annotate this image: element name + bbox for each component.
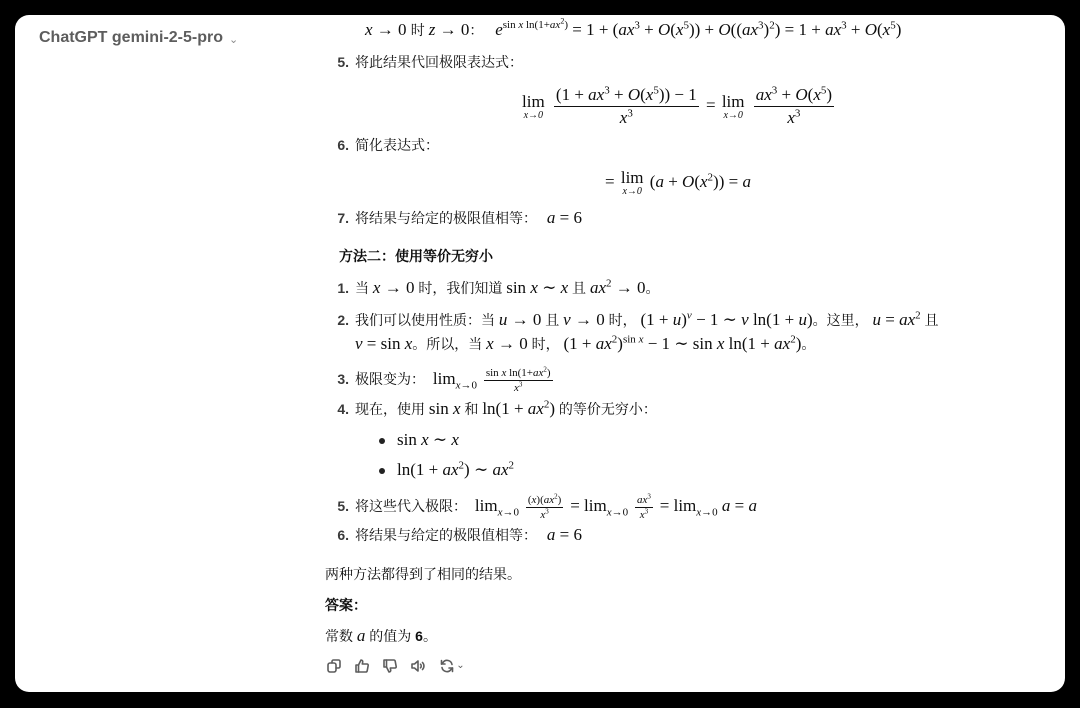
- chat-window: ChatGPT gemini-2-5-pro ⌄ x → 0 时 z → 0： …: [15, 15, 1065, 692]
- answer-label: 答案：: [325, 595, 367, 615]
- m2-step-1: 1.当 x → 0 时，我们知道 sin x ∼ x 且 ax2 → 0。: [325, 278, 659, 298]
- chevron-down-icon: ⌄: [229, 33, 238, 46]
- limit-equation-2: = limx→0 (a + O(x2)) = a: [605, 169, 751, 197]
- expansion-line: x → 0 时 z → 0： esin x ln(1+ax2) = 1 + (a…: [365, 20, 901, 40]
- copy-button[interactable]: [325, 657, 343, 675]
- m2-step-2-cont: v = sin x。所以，当 x → 0 时， (1 + ax2)sin x −…: [355, 334, 815, 354]
- bullet-item: ln(1 + ax2) ∼ ax2: [379, 460, 514, 480]
- model-label: ChatGPT gemini-2-5-pro: [39, 29, 223, 47]
- regenerate-icon: [439, 658, 455, 674]
- read-aloud-button[interactable]: [409, 657, 427, 675]
- chevron-down-icon: ⌄: [456, 656, 464, 676]
- message-actions: ⌄: [325, 657, 467, 675]
- m2-step-5: 5.将这些代入极限： limx→0 (x)(ax2)x3 = limx→0 ax…: [325, 494, 757, 521]
- bullet-icon: [379, 438, 385, 444]
- step-6: 6.简化表达式：: [325, 135, 439, 155]
- answer-text: 常数 a 的值为 6。: [325, 626, 437, 646]
- bullet-item: sin x ∼ x: [379, 430, 459, 450]
- limit-equation-1: limx→0 (1 + ax3 + O(x5)) − 1x3 = limx→0 …: [520, 85, 837, 128]
- m2-step-3: 3.极限变为： limx→0 sin x ln(1+ax2)x3: [325, 367, 556, 394]
- thumbs-up-button[interactable]: [353, 657, 371, 675]
- m2-step-6: 6.将结果与给定的极限值相等： a = 6: [325, 525, 582, 545]
- step-5: 5.将此结果代回极限表达式：: [325, 52, 523, 72]
- speaker-icon: [410, 658, 426, 674]
- method-2-heading: 方法二：使用等价无穷小: [339, 246, 493, 266]
- m2-step-4: 4.现在，使用 sin x 和 ln(1 + ax2) 的等价无穷小：: [325, 399, 657, 419]
- thumbs-down-button[interactable]: [381, 657, 399, 675]
- thumbs-up-icon: [354, 658, 370, 674]
- regenerate-button[interactable]: ⌄: [437, 657, 467, 675]
- step-7: 7.将结果与给定的极限值相等： a = 6: [325, 208, 582, 228]
- thumbs-down-icon: [382, 658, 398, 674]
- copy-icon: [326, 658, 342, 674]
- conclusion-text: 两种方法都得到了相同的结果。: [325, 564, 521, 584]
- model-selector[interactable]: ChatGPT gemini-2-5-pro ⌄: [39, 29, 238, 47]
- m2-step-2: 2.我们可以使用性质：当 u → 0 且 v → 0 时， (1 + u)v −…: [325, 310, 939, 330]
- bullet-icon: [379, 468, 385, 474]
